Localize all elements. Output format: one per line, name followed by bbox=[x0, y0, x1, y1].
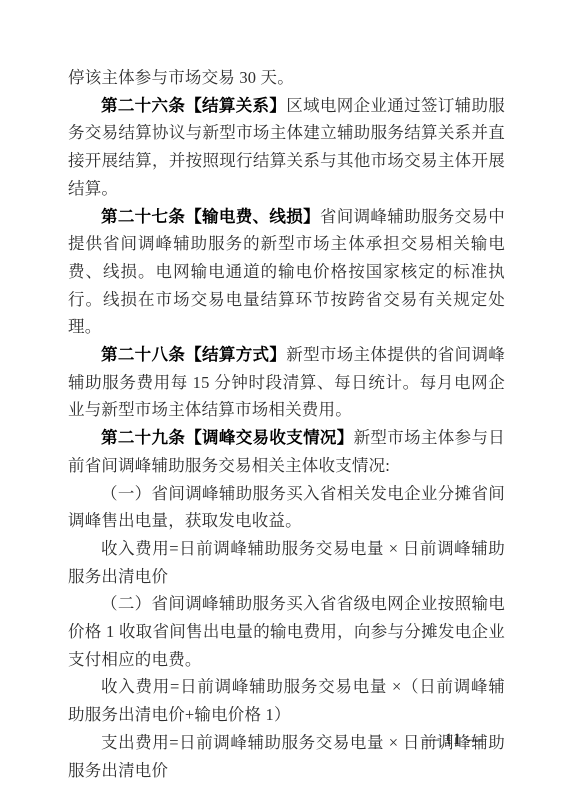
paragraph-article-29: 第二十九条【调峰交易收支情况】新型市场主体参与日前省间调峰辅助服务交易相关主体收… bbox=[68, 424, 505, 479]
paragraph-item-1: （一）省间调峰辅助服务买入省相关发电企业分摊省间调峰售出电量，获取发电收益。 bbox=[68, 480, 505, 535]
paragraph-text: 收入费用=日前调峰辅助服务交易电量 × 日前调峰辅助服务出清电价 bbox=[68, 539, 505, 586]
paragraph-text: 收入费用=日前调峰辅助服务交易电量 ×（日前调峰辅助服务出清电价+输电价格 1） bbox=[68, 677, 505, 724]
paragraph-text: （一）省间调峰辅助服务买入省相关发电企业分摊省间调峰售出电量，获取发电收益。 bbox=[68, 484, 505, 531]
paragraph-text: （二）省间调峰辅助服务买入省省级电网企业按照输电价格 1 收取省间售出电量的输电… bbox=[68, 594, 505, 668]
document-body: 停该主体参与市场交易 30 天。 第二十六条【结算关系】区域电网企业通过签订辅助… bbox=[68, 64, 505, 784]
article-28-heading: 第二十八条【结算方式】 bbox=[101, 345, 286, 364]
paragraph-item-2: （二）省间调峰辅助服务买入省省级电网企业按照输电价格 1 收取省间售出电量的输电… bbox=[68, 590, 505, 673]
paragraph-formula-income-2: 收入费用=日前调峰辅助服务交易电量 ×（日前调峰辅助服务出清电价+输电价格 1） bbox=[68, 673, 505, 728]
paragraph-article-26: 第二十六条【结算关系】区域电网企业通过签订辅助服务交易结算协议与新型市场主体建立… bbox=[68, 92, 505, 203]
paragraph-article-27: 第二十七条【输电费、线损】省间调峰辅助服务交易中提供省间调峰辅助服务的新型市场主… bbox=[68, 203, 505, 342]
paragraph-article-28: 第二十八条【结算方式】新型市场主体提供的省间调峰辅助服务费用每 15 分钟时段清… bbox=[68, 341, 505, 424]
paragraph-text: 停该主体参与市场交易 30 天。 bbox=[68, 68, 294, 87]
paragraph-continuation: 停该主体参与市场交易 30 天。 bbox=[68, 64, 505, 92]
article-27-heading: 第二十七条【输电费、线损】 bbox=[101, 207, 320, 226]
document-page: 停该主体参与市场交易 30 天。 第二十六条【结算关系】区域电网企业通过签订辅助… bbox=[0, 0, 565, 800]
paragraph-formula-income-1: 收入费用=日前调峰辅助服务交易电量 × 日前调峰辅助服务出清电价 bbox=[68, 535, 505, 590]
article-26-heading: 第二十六条【结算关系】 bbox=[101, 96, 286, 115]
article-29-heading: 第二十九条【调峰交易收支情况】 bbox=[101, 428, 354, 447]
page-number: — 11 — bbox=[423, 730, 483, 750]
